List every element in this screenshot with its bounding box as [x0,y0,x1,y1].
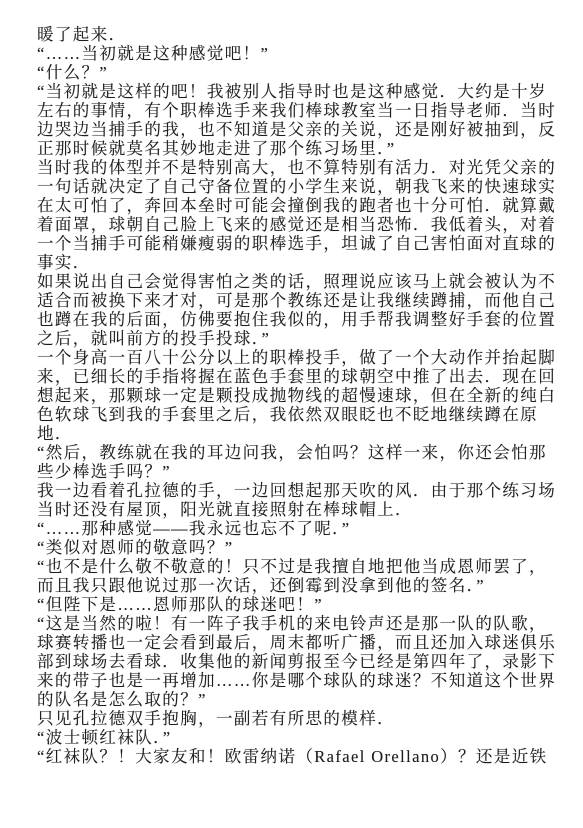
text-line: 暖了起来． [37,25,553,44]
text-line: “当初就是这样的吧！我被别人指导时也是这种感觉．大约是十岁 [37,82,553,101]
text-line: 地． [37,424,553,443]
text-line: 当时我的体型并不是特别高大，也不算特别有活力．对光凭父亲的 [37,158,553,177]
text-line: “也不是什么敬不敬意的！只不过是我擅自地把他当成恩师罢了， [37,557,553,576]
text-line: 也蹲在我的后面，仿佛要抱住我似的，用手帮我调整好手套的位置 [37,310,553,329]
text-line: 只见孔拉德双手抱胸，一副若有所思的模样． [37,709,553,728]
text-line: 边哭边当捕手的我，也不知道是父亲的关说，还是刚好被抽到，反 [37,120,553,139]
text-line: 一个身高一百八十公分以上的职棒投手，做了一个大动作并抬起脚 [37,348,553,367]
text-line: 正那时候就莫名其妙地走进了那个练习场里．” [37,139,553,158]
text-line: 色软球飞到我的手套里之后，我依然双眼眨也不眨地继续蹲在原 [37,405,553,424]
text-line: 想起来，那颗球一定是颗投成抛物线的超慢速球，但在全新的纯白 [37,386,553,405]
text-line: “但陛下是……恩师那队的球迷吧！” [37,595,553,614]
text-line: “什么？” [37,63,553,82]
body-text: 暖了起来．“……当初就是这种感觉吧！”“什么？”“当初就是这样的吧！我被别人指导… [37,25,553,766]
text-line: 来的带子也是一再增加……你是哪个球队的球迷？不知道这个世界 [37,671,553,690]
text-line: 适合而被换下来才对，可是那个教练还是让我继续蹲捕，而他自己 [37,291,553,310]
text-line: “……当初就是这种感觉吧！” [37,44,553,63]
text-line: 着面罩，球朝自己脸上飞来的感觉还是相当恐怖．我低着头，对着 [37,215,553,234]
text-line: 事实． [37,253,553,272]
novel-page: 暖了起来．“……当初就是这种感觉吧！”“什么？”“当初就是这样的吧！我被别人指导… [0,0,583,828]
text-line: 球赛转播也一定会看到最后，周末都听广播，而且还加入球迷俱乐 [37,633,553,652]
text-line: 左右的事情，有个职棒选手来我们棒球教室当一日指导老师．当时 [37,101,553,120]
text-line: 我一边看着孔拉德的手，一边回想起那天吹的风．由于那个练习场 [37,481,553,500]
text-line: 之后，就叫前方的投手投球．” [37,329,553,348]
text-line: 当时还没有屋顶，阳光就直接照射在棒球帽上． [37,500,553,519]
text-line: “然后，教练就在我的耳边问我，会怕吗？这样一来，你还会怕那 [37,443,553,462]
text-line: “红袜队？！大家友和！欧雷纳诺（Rafael Orellano）？还是近铁 [37,747,553,766]
text-line: “这是当然的啦！有一阵子我手机的来电铃声还是那一队的队歌， [37,614,553,633]
text-line: 在太可怕了，奔回本垒时可能会撞倒我的跑者也十分可怕．就算戴 [37,196,553,215]
text-line: 来，已细长的手指将握在蓝色手套里的球朝空中推了出去．现在回 [37,367,553,386]
text-line: 如果说出自己会觉得害怕之类的话，照理说应该马上就会被认为不 [37,272,553,291]
text-line: 部到球场去看球．收集他的新闻剪报至今已经是第四年了，录影下 [37,652,553,671]
text-line: 一句话就决定了自己守备位置的小学生来说，朝我飞来的快速球实 [37,177,553,196]
text-line: “……那种感觉——我永远也忘不了呢．” [37,519,553,538]
text-line: 一个当捕手可能稍嫌瘦弱的职棒选手，坦诚了自己害怕面对直球的 [37,234,553,253]
text-line: “波士顿红袜队．” [37,728,553,747]
text-line: 而且我只跟他说过那一次话，还倒霉到没拿到他的签名．” [37,576,553,595]
text-line: 些少棒选手吗？” [37,462,553,481]
text-line: 的队名是怎么取的？” [37,690,553,709]
text-line: “类似对恩师的敬意吗？” [37,538,553,557]
